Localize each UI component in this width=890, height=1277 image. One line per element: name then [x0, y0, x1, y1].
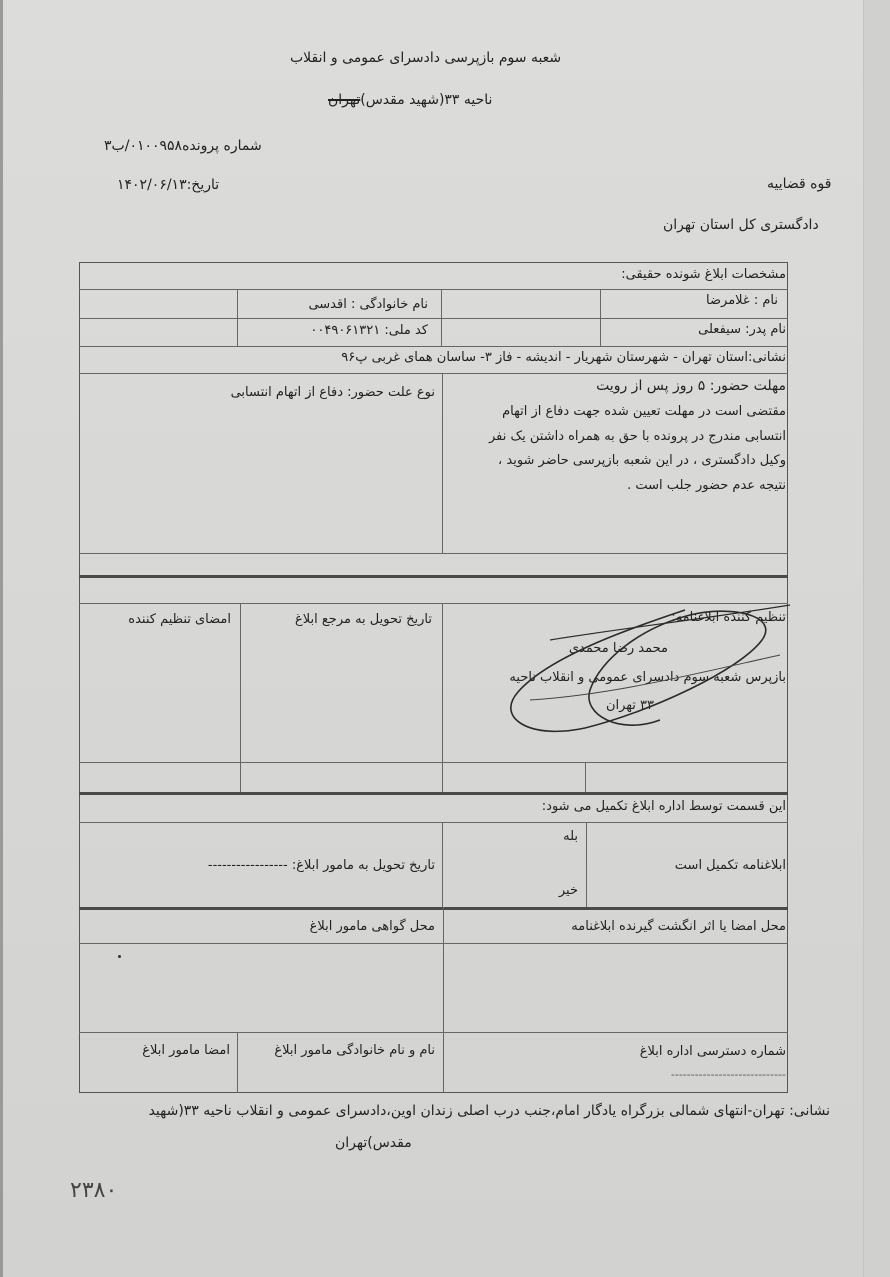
officer-signature-label: امضا مامور ابلاغ [142, 1043, 230, 1058]
summons-body: مقتضی است در مهلت تعیین شده جهت دفاع از … [456, 400, 786, 498]
office-section-title: این قسمت توسط اداره ابلاغ تکمیل می شود: [542, 799, 786, 814]
deadline-value: ۵ روز پس از رویت [596, 378, 705, 394]
file-number-value: ۰۱۰۰۹۵۸/ب۳ [104, 138, 182, 154]
col-line [240, 603, 241, 792]
divider [79, 553, 788, 554]
summons-line: انتسابی مندرج در پرونده با حق به همراه د… [456, 425, 786, 450]
date-label: تاریخ: [187, 177, 220, 193]
divider [79, 822, 788, 823]
col-line [441, 289, 442, 346]
national-id: کد ملی: ۰۰۴۹۰۶۱۳۲۱ [310, 323, 428, 338]
summons-line: مقتضی است در مهلت تعیین شده جهت دفاع از … [456, 400, 786, 425]
deadline-label: مهلت حضور: [710, 378, 786, 394]
col-line [237, 289, 238, 346]
footer-address-1: نشانی: تهران-انتهای شمالی بزرگراه یادگار… [149, 1103, 830, 1119]
divider [79, 762, 788, 763]
issuer-name: محمد رضا محمدی [569, 641, 668, 656]
col-line [442, 822, 443, 907]
address-value: استان تهران - شهرستان شهریار - اندیشه - … [341, 350, 748, 365]
deadline: مهلت حضور: ۵ روز پس از رویت [596, 378, 786, 394]
first-name-label: نام : [754, 293, 778, 308]
access-number-field[interactable]: ----------------------------- [671, 1068, 786, 1081]
officer-certificate-label: محل گواهی مامور ابلاغ [310, 919, 435, 934]
divider [79, 603, 788, 604]
father-name: نام پدر: سیفعلی [698, 322, 786, 337]
col-line [600, 289, 601, 346]
last-name-value: اقدسی [308, 297, 346, 312]
col-line [586, 822, 587, 907]
completed-label: ابلاغنامه تکمیل است [675, 858, 786, 873]
handwritten-number: ۲۳۸۰ [70, 1178, 117, 1203]
first-name: نام : غلامرضا [706, 293, 778, 308]
branch-heading: شعبه سوم بازپرسی دادسرای عمومی و انقلاب [290, 50, 561, 66]
col-line [443, 907, 444, 1093]
district-text: ناحیه ۳۳(شهید مقدس) [360, 92, 492, 108]
file-number-label: شماره پرونده [182, 138, 262, 154]
option-no[interactable]: خیر [559, 883, 578, 898]
divider [79, 373, 788, 374]
divider [79, 318, 788, 319]
reason-value: دفاع از اتهام انتسابی [231, 385, 343, 400]
option-yes[interactable]: بله [563, 829, 578, 844]
col-line [237, 1032, 238, 1093]
last-name: نام خانوادگی : اقدسی [308, 297, 428, 312]
summons-line: نتیجه عدم حضور جلب است . [456, 474, 786, 499]
recipient-section-title: مشخصات ابلاغ شونده حقیقی: [621, 267, 786, 282]
officer-delivery-field[interactable]: ----------------- [208, 858, 288, 873]
reason-label: نوع علت حضور: [347, 385, 435, 400]
thick-divider [79, 792, 788, 795]
address: نشانی:استان تهران - شهرستان شهریار - اند… [341, 350, 786, 365]
ink-dot [118, 955, 121, 958]
recipient-signature-label: محل امضا یا اثر انگشت گیرنده ابلاغنامه [571, 919, 786, 934]
officer-delivery-label: تاریخ تحویل به مامور ابلاغ: [292, 858, 435, 873]
delivery-date-label: تاریخ تحویل به مرجع ابلاغ [295, 612, 432, 627]
divider [79, 1032, 788, 1033]
col-line [442, 373, 443, 553]
address-label: نشانی: [748, 350, 786, 365]
access-number-label: شماره دسترسی اداره ابلاغ [640, 1044, 786, 1059]
issuer-signature-label: امضای تنظیم کننده [128, 612, 231, 627]
last-name-label: نام خانوادگی : [351, 297, 428, 312]
col-line [442, 603, 443, 792]
summons-line: وکیل دادگستری ، در این شعبه بازپرسی حاضر… [456, 449, 786, 474]
officer-delivery-date: تاریخ تحویل به مامور ابلاغ: ------------… [208, 858, 435, 873]
org-name: قوه قضاییه [767, 176, 831, 192]
scan-edge-right [863, 0, 890, 1277]
divider [79, 289, 788, 290]
father-name-label: نام پدر: [745, 322, 786, 337]
divider [79, 943, 788, 944]
attendance-reason: نوع علت حضور: دفاع از اتهام انتسابی [231, 385, 435, 400]
date-value: ۱۴۰۲/۰۶/۱۳ [117, 177, 187, 193]
col-line [585, 762, 586, 792]
court-name: دادگستری کل استان تهران [663, 217, 819, 233]
father-name-value: سیفعلی [698, 322, 741, 337]
footer-address-2: مقدس)تهران [335, 1135, 412, 1151]
divider [79, 346, 788, 347]
national-id-value: ۰۰۴۹۰۶۱۳۲۱ [310, 323, 380, 338]
issuer-label: تنظیم کننده ابلاغنامه: [671, 610, 786, 625]
issuer-title-1: بازپرس شعبه سوم دادسرای عمومی و انقلاب ن… [509, 670, 786, 685]
district-heading: ناحیه ۳۳(شهید مقدس)تهران [328, 92, 492, 108]
thick-divider [79, 575, 788, 578]
national-id-label: کد ملی: [384, 323, 428, 338]
file-number: شماره پرونده۰۱۰۰۹۵۸/ب۳ [104, 138, 262, 154]
officer-name-label: نام و نام خانوادگی مامور ابلاغ [274, 1043, 435, 1058]
first-name-value: غلامرضا [706, 293, 750, 308]
thick-divider [79, 907, 788, 910]
issuer-title-2: ۳۳ تهران [606, 698, 654, 713]
district-struck-text: تهران [328, 92, 360, 108]
issue-date: تاریخ:۱۴۰۲/۰۶/۱۳ [117, 177, 219, 193]
scan-edge-left [0, 0, 3, 1277]
